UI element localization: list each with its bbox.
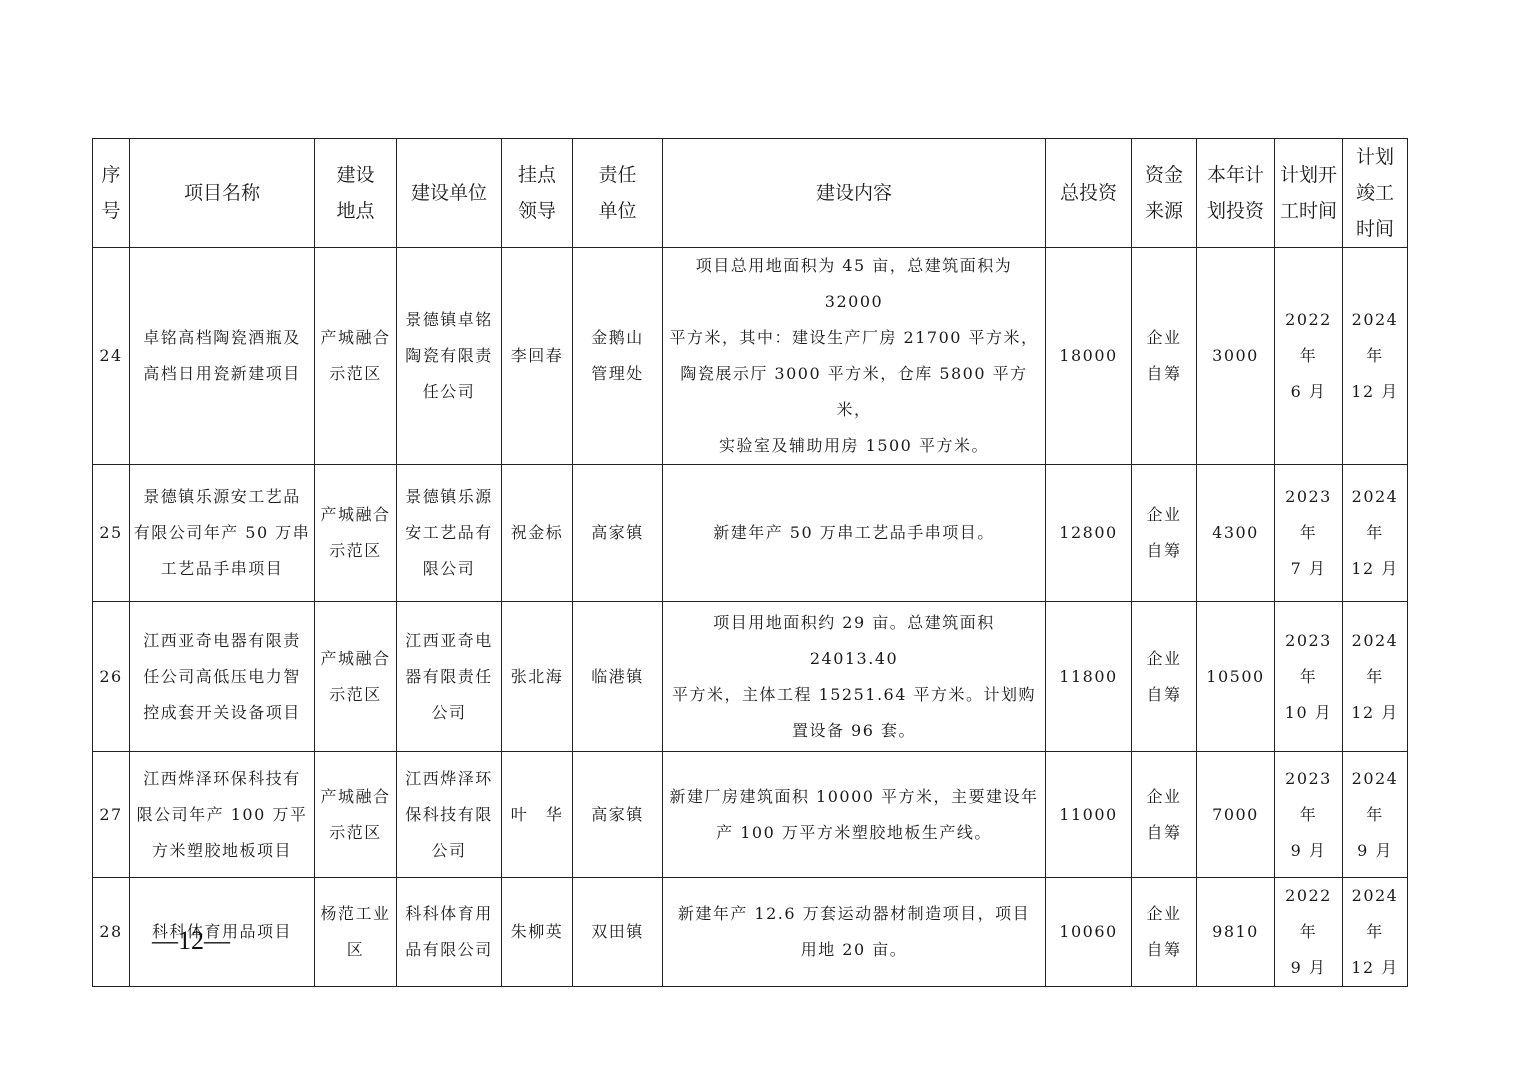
cell-content: 新建年产 50 万串工艺品手串项目。	[663, 465, 1046, 602]
cell-builder: 科科体育用品有限公司	[397, 878, 502, 987]
cell-text-line: 12 月	[1346, 695, 1404, 731]
cell-seq: 26	[93, 602, 130, 752]
cell-seq: 24	[93, 248, 130, 465]
cell-text-line: 企业	[1135, 320, 1193, 356]
cell-seq: 27	[93, 752, 130, 878]
column-header-end: 计划竣工时间	[1343, 139, 1408, 248]
cell-text-line: 示范区	[318, 815, 393, 851]
header-label-line: 序	[96, 157, 126, 193]
cell-text-line: 双田镇	[576, 914, 659, 950]
cell-text-line: 12 月	[1346, 374, 1404, 410]
cell-text-line: 景德镇乐源安工艺品	[133, 479, 311, 515]
cell-leader: 张北海	[502, 602, 573, 752]
header-label-line: 总投资	[1049, 175, 1128, 211]
cell-start: 2023 年9 月	[1275, 752, 1343, 878]
cell-total: 18000	[1046, 248, 1132, 465]
cell-text-line: 10 月	[1278, 695, 1339, 731]
cell-text-line: 控成套开关设备项目	[133, 695, 311, 731]
header-label-line: 本年计	[1200, 157, 1271, 193]
cell-text-line: 12 月	[1346, 551, 1404, 587]
cell-text-line: 示范区	[318, 356, 393, 392]
cell-end: 2024 年12 月	[1343, 878, 1408, 987]
cell-text-line: 产城融合	[318, 641, 393, 677]
cell-text-line: 12 月	[1346, 950, 1404, 986]
cell-name: 江西亚奇电器有限责任公司高低压电力智控成套开关设备项目	[130, 602, 315, 752]
column-header-location: 建设地点	[315, 139, 397, 248]
cell-leader: 叶 华	[502, 752, 573, 878]
cell-text-line: 平方米，主体工程 15251.64 平方米。计划购	[666, 677, 1042, 713]
cell-text-line: 江西亚奇电	[400, 623, 498, 659]
cell-text-line: 2023 年	[1278, 623, 1339, 695]
cell-text-line: 安工艺品有	[400, 515, 498, 551]
column-header-name: 项目名称	[130, 139, 315, 248]
cell-text-line: 自筹	[1135, 533, 1193, 569]
column-header-start: 计划开工时间	[1275, 139, 1343, 248]
cell-total: 10060	[1046, 878, 1132, 987]
header-label-line: 号	[96, 193, 126, 229]
cell-content: 项目总用地面积为 45 亩，总建筑面积为 32000平方米，其中：建设生产厂房 …	[663, 248, 1046, 465]
cell-name: 景德镇乐源安工艺品有限公司年产 50 万串工艺品手串项目	[130, 465, 315, 602]
header-label-line: 计划开	[1278, 157, 1339, 193]
cell-text-line: 江西亚奇电器有限责	[133, 623, 311, 659]
cell-text-line: 金鹅山	[576, 320, 659, 356]
cell-text-line: 9 月	[1278, 833, 1339, 869]
cell-text-line: 2023 年	[1278, 761, 1339, 833]
cell-resp: 高家镇	[573, 752, 663, 878]
cell-year_plan: 9810	[1197, 878, 1275, 987]
column-header-year_plan: 本年计划投资	[1197, 139, 1275, 248]
cell-text-line: 产 100 万平方米塑胶地板生产线。	[666, 815, 1042, 851]
cell-text-line: 陶瓷展示厅 3000 平方米，仓库 5800 平方米，	[666, 356, 1042, 428]
cell-text-line: 示范区	[318, 677, 393, 713]
cell-text-line: 自筹	[1135, 932, 1193, 968]
header-label-line: 竣工	[1346, 175, 1404, 211]
cell-text-line: 企业	[1135, 896, 1193, 932]
cell-fund: 企业自筹	[1132, 465, 1197, 602]
cell-text-line: 9 月	[1278, 950, 1339, 986]
cell-resp: 临港镇	[573, 602, 663, 752]
cell-text-line: 2022 年	[1278, 878, 1339, 950]
cell-name: 卓铭高档陶瓷酒瓶及高档日用瓷新建项目	[130, 248, 315, 465]
cell-start: 2023 年7 月	[1275, 465, 1343, 602]
table-row: 27江西烨泽环保科技有限公司年产 100 万平方米塑胶地板项目产城融合示范区江西…	[93, 752, 1408, 878]
header-label-line: 领导	[505, 193, 569, 229]
cell-text-line: 高家镇	[576, 797, 659, 833]
cell-text-line: 卓铭高档陶瓷酒瓶及	[133, 320, 311, 356]
cell-end: 2024 年9 月	[1343, 752, 1408, 878]
cell-builder: 江西烨泽环保科技有限公司	[397, 752, 502, 878]
cell-content: 新建厂房建筑面积 10000 平方米，主要建设年产 100 万平方米塑胶地板生产…	[663, 752, 1046, 878]
header-label-line: 来源	[1135, 193, 1193, 229]
cell-text-line: 任公司	[400, 374, 498, 410]
header-label-line: 计划	[1346, 139, 1404, 175]
cell-location: 产城融合示范区	[315, 248, 397, 465]
cell-content: 新建年产 12.6 万套运动器材制造项目，项目用地 20 亩。	[663, 878, 1046, 987]
cell-start: 2023 年10 月	[1275, 602, 1343, 752]
cell-text-line: 陶瓷有限责	[400, 338, 498, 374]
header-label-line: 项目名称	[133, 175, 311, 211]
cell-text-line: 景德镇乐源	[400, 479, 498, 515]
cell-text-line: 7 月	[1278, 551, 1339, 587]
cell-resp: 高家镇	[573, 465, 663, 602]
cell-text-line: 平方米，其中：建设生产厂房 21700 平方米，	[666, 320, 1042, 356]
cell-text-line: 2024 年	[1346, 479, 1404, 551]
cell-fund: 企业自筹	[1132, 248, 1197, 465]
table-header-row: 序号项目名称建设地点建设单位挂点领导责任单位建设内容总投资资金来源本年计划投资计…	[93, 139, 1408, 248]
cell-text-line: 6 月	[1278, 374, 1339, 410]
table-row: 24卓铭高档陶瓷酒瓶及高档日用瓷新建项目产城融合示范区景德镇卓铭陶瓷有限责任公司…	[93, 248, 1408, 465]
cell-text-line: 有限公司年产 50 万串	[133, 515, 311, 551]
cell-end: 2024 年12 月	[1343, 602, 1408, 752]
cell-text-line: 2023 年	[1278, 479, 1339, 551]
cell-end: 2024 年12 月	[1343, 465, 1408, 602]
cell-text-line: 企业	[1135, 497, 1193, 533]
cell-text-line: 自筹	[1135, 677, 1193, 713]
cell-text-line: 自筹	[1135, 356, 1193, 392]
cell-text-line: 高家镇	[576, 515, 659, 551]
column-header-seq: 序号	[93, 139, 130, 248]
cell-fund: 企业自筹	[1132, 878, 1197, 987]
cell-text-line: 方米塑胶地板项目	[133, 833, 311, 869]
cell-builder: 江西亚奇电器有限责任公司	[397, 602, 502, 752]
cell-text-line: 临港镇	[576, 659, 659, 695]
cell-text-line: 产城融合	[318, 497, 393, 533]
cell-leader: 李回春	[502, 248, 573, 465]
cell-start: 2022 年9 月	[1275, 878, 1343, 987]
cell-text-line: 置设备 96 套。	[666, 713, 1042, 749]
cell-text-line: 科科体育用	[400, 896, 498, 932]
cell-total: 11000	[1046, 752, 1132, 878]
table-row: 25景德镇乐源安工艺品有限公司年产 50 万串工艺品手串项目产城融合示范区景德镇…	[93, 465, 1408, 602]
header-label-line: 建设内容	[666, 175, 1042, 211]
column-header-total: 总投资	[1046, 139, 1132, 248]
cell-seq: 28	[93, 878, 130, 987]
cell-resp: 双田镇	[573, 878, 663, 987]
header-label-line: 时间	[1346, 211, 1404, 247]
cell-text-line: 实验室及辅助用房 1500 平方米。	[666, 428, 1042, 464]
cell-start: 2022 年6 月	[1275, 248, 1343, 465]
cell-text-line: 限公司年产 100 万平	[133, 797, 311, 833]
cell-text-line: 品有限公司	[400, 932, 498, 968]
cell-text-line: 产城融合	[318, 779, 393, 815]
cell-text-line: 器有限责任	[400, 659, 498, 695]
cell-seq: 25	[93, 465, 130, 602]
cell-location: 产城融合示范区	[315, 752, 397, 878]
header-label-line: 资金	[1135, 157, 1193, 193]
cell-text-line: 管理处	[576, 356, 659, 392]
cell-text-line: 2024 年	[1346, 878, 1404, 950]
cell-text-line: 2024 年	[1346, 302, 1404, 374]
cell-text-line: 新建年产 50 万串工艺品手串项目。	[666, 515, 1042, 551]
table-body: 24卓铭高档陶瓷酒瓶及高档日用瓷新建项目产城融合示范区景德镇卓铭陶瓷有限责任公司…	[93, 248, 1408, 987]
table-row: 28科科体育用品项目杨范工业区科科体育用品有限公司朱柳英双田镇新建年产 12.6…	[93, 878, 1408, 987]
cell-text-line: 9 月	[1346, 833, 1404, 869]
column-header-content: 建设内容	[663, 139, 1046, 248]
column-header-resp: 责任单位	[573, 139, 663, 248]
cell-text-line: 2024 年	[1346, 761, 1404, 833]
cell-location: 杨范工业区	[315, 878, 397, 987]
cell-text-line: 江西烨泽环	[400, 761, 498, 797]
cell-content: 项目用地面积约 29 亩。总建筑面积 24013.40平方米，主体工程 1525…	[663, 602, 1046, 752]
cell-text-line: 企业	[1135, 779, 1193, 815]
header-label-line: 划投资	[1200, 193, 1271, 229]
cell-text-line: 2024 年	[1346, 623, 1404, 695]
cell-text-line: 2022 年	[1278, 302, 1339, 374]
cell-text-line: 企业	[1135, 641, 1193, 677]
cell-text-line: 限公司	[400, 551, 498, 587]
header-label-line: 工时间	[1278, 193, 1339, 229]
cell-text-line: 用地 20 亩。	[666, 932, 1042, 968]
cell-year_plan: 7000	[1197, 752, 1275, 878]
project-table: 序号项目名称建设地点建设单位挂点领导责任单位建设内容总投资资金来源本年计划投资计…	[92, 138, 1408, 987]
column-header-builder: 建设单位	[397, 139, 502, 248]
cell-text-line: 自筹	[1135, 815, 1193, 851]
document-page: 序号项目名称建设地点建设单位挂点领导责任单位建设内容总投资资金来源本年计划投资计…	[0, 0, 1520, 1074]
cell-builder: 景德镇卓铭陶瓷有限责任公司	[397, 248, 502, 465]
cell-text-line: 新建厂房建筑面积 10000 平方米，主要建设年	[666, 779, 1042, 815]
header-label-line: 地点	[318, 193, 393, 229]
table-row: 26江西亚奇电器有限责任公司高低压电力智控成套开关设备项目产城融合示范区江西亚奇…	[93, 602, 1408, 752]
cell-leader: 朱柳英	[502, 878, 573, 987]
cell-year_plan: 3000	[1197, 248, 1275, 465]
header-label-line: 建设单位	[400, 175, 498, 211]
cell-text-line: 新建年产 12.6 万套运动器材制造项目，项目	[666, 896, 1042, 932]
cell-year_plan: 10500	[1197, 602, 1275, 752]
cell-fund: 企业自筹	[1132, 752, 1197, 878]
header-label-line: 单位	[576, 193, 659, 229]
cell-year_plan: 4300	[1197, 465, 1275, 602]
cell-builder: 景德镇乐源安工艺品有限公司	[397, 465, 502, 602]
cell-text-line: 景德镇卓铭	[400, 302, 498, 338]
cell-text-line: 公司	[400, 833, 498, 869]
cell-text-line: 杨范工业区	[318, 896, 393, 968]
header-label-line: 建设	[318, 157, 393, 193]
header-label-line: 挂点	[505, 157, 569, 193]
cell-text-line: 项目总用地面积为 45 亩，总建筑面积为 32000	[666, 248, 1042, 320]
cell-text-line: 江西烨泽环保科技有	[133, 761, 311, 797]
header-label-line: 责任	[576, 157, 659, 193]
cell-text-line: 项目用地面积约 29 亩。总建筑面积 24013.40	[666, 605, 1042, 677]
cell-text-line: 保科技有限	[400, 797, 498, 833]
cell-name: 江西烨泽环保科技有限公司年产 100 万平方米塑胶地板项目	[130, 752, 315, 878]
cell-text-line: 工艺品手串项目	[133, 551, 311, 587]
cell-text-line: 示范区	[318, 533, 393, 569]
cell-location: 产城融合示范区	[315, 602, 397, 752]
cell-fund: 企业自筹	[1132, 602, 1197, 752]
cell-total: 11800	[1046, 602, 1132, 752]
cell-text-line: 高档日用瓷新建项目	[133, 356, 311, 392]
cell-location: 产城融合示范区	[315, 465, 397, 602]
cell-leader: 祝金标	[502, 465, 573, 602]
cell-end: 2024 年12 月	[1343, 248, 1408, 465]
cell-text-line: 产城融合	[318, 320, 393, 356]
cell-text-line: 公司	[400, 695, 498, 731]
cell-total: 12800	[1046, 465, 1132, 602]
column-header-leader: 挂点领导	[502, 139, 573, 248]
cell-resp: 金鹅山管理处	[573, 248, 663, 465]
column-header-fund: 资金来源	[1132, 139, 1197, 248]
page-number: —12—	[152, 926, 230, 956]
cell-text-line: 任公司高低压电力智	[133, 659, 311, 695]
